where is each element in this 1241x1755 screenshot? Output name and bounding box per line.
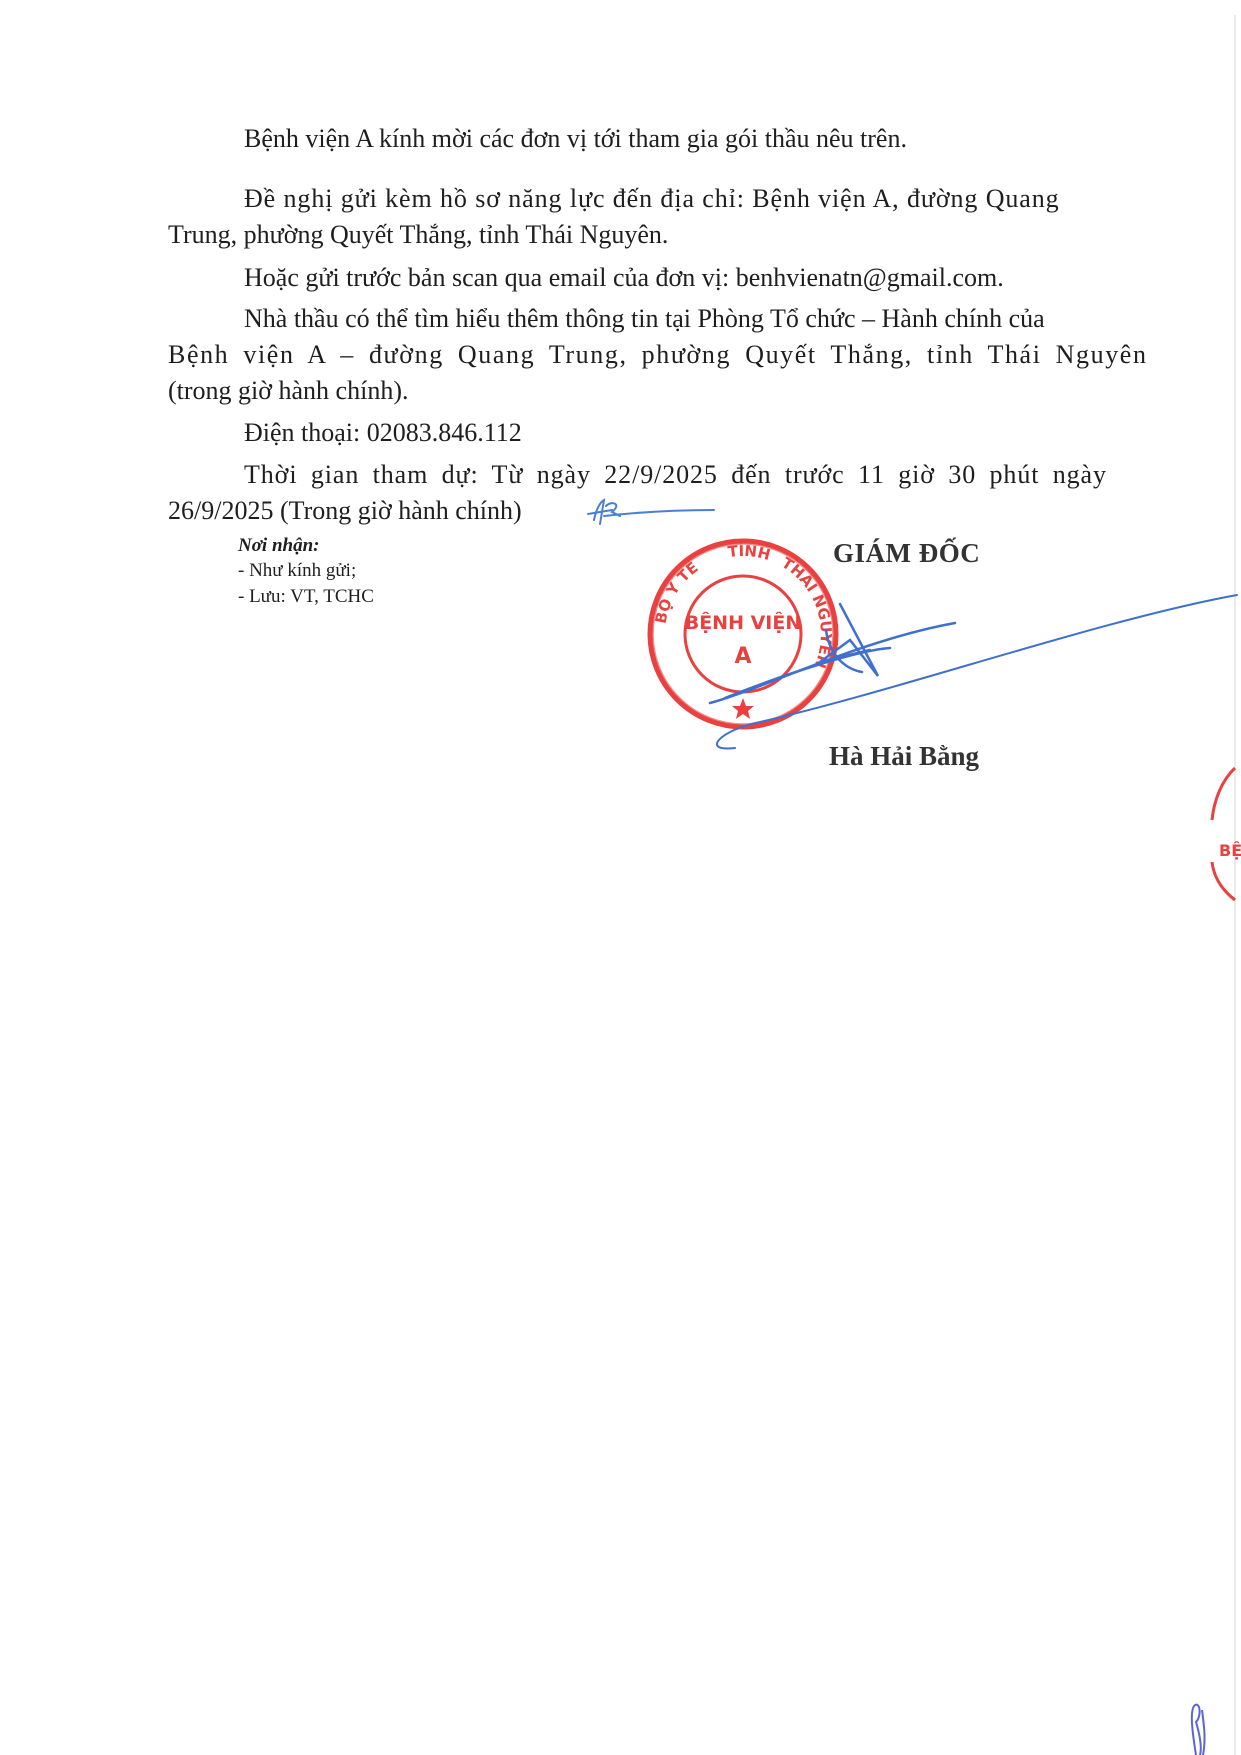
svg-text:BỆ: BỆ — [1219, 840, 1241, 860]
star-icon — [732, 698, 754, 719]
official-stamp: BỆNH VIỆN A BỘ Y TẾ TỈNH THÁI NGUYÊN — [650, 539, 836, 727]
document-page: Bệnh viện A kính mời các đơn vị tới tham… — [0, 0, 1241, 1755]
margin-initials — [1192, 1705, 1205, 1755]
stamp-center-line2: A — [734, 644, 751, 669]
stamp-center-line1: BỆNH VIỆN — [685, 610, 802, 634]
svg-text:A: A — [734, 644, 751, 669]
initials-signature — [588, 500, 714, 524]
stamp-signature-overlay: BỆNH VIỆN A BỘ Y TẾ TỈNH THÁI NGUYÊN — [0, 0, 1241, 1755]
svg-text:BỆNH VIỆN: BỆNH VIỆN — [685, 610, 802, 634]
adjacent-stamp-fragment: BỆ — [1212, 768, 1241, 900]
